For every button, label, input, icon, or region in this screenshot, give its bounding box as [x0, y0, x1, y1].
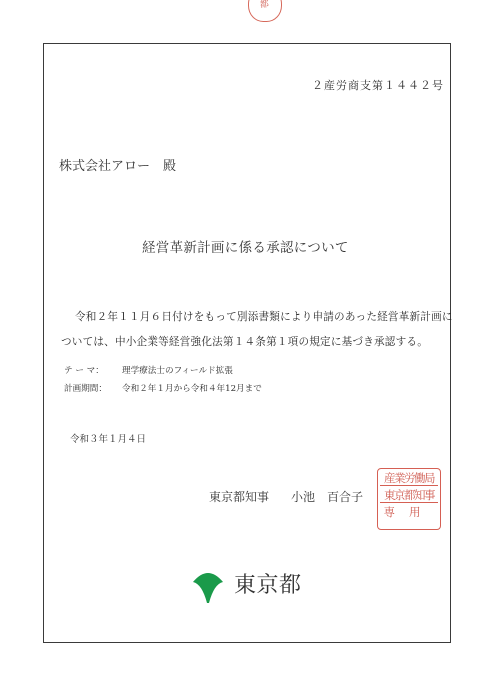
body-line-2: ついては、中小企業等経営強化法第１４条第１項の規定に基づき承認する。	[61, 334, 428, 349]
signer: 東京都知事小池 百合子	[209, 488, 363, 505]
period-row: 計画期間：令和２年１月から令和４年12月まで	[64, 382, 262, 394]
signer-title: 東京都知事	[209, 490, 269, 504]
seal-row-3: 専用	[380, 505, 438, 519]
seal-row-2: 東京都知事	[380, 488, 438, 503]
document-frame: ２産労商支第１４４２号 株式会社アロー 殿 経営革新計画に係る承認について 令和…	[43, 43, 451, 643]
document-number: ２産労商支第１４４２号	[312, 77, 444, 93]
logo-text: 東京都	[234, 568, 302, 599]
theme-value: 理学療法士のフィールド拡張	[122, 366, 233, 376]
period-value: 令和２年１月から令和４年12月まで	[122, 384, 262, 394]
ginkgo-leaf-icon	[192, 570, 224, 604]
period-label: 計画期間：	[64, 382, 122, 394]
addressee: 株式会社アロー 殿	[59, 155, 176, 174]
theme-label: テ ー マ：	[64, 364, 122, 376]
document-title: 経営革新計画に係る承認について	[142, 236, 349, 256]
top-seal-stamp: 都	[248, 0, 282, 22]
theme-row: テ ー マ：理学療法士のフィールド拡張	[64, 364, 233, 376]
issue-date: 令和３年１月４日	[70, 431, 146, 445]
body-line-1: 令和２年１１月６日付けをもって別添書類により申請のあった経営革新計画に	[75, 309, 453, 324]
official-seal-stamp: 産業労働局 東京都知事 専用	[377, 468, 441, 530]
signer-name: 小池 百合子	[291, 490, 363, 504]
seal-row-1: 産業労働局	[380, 471, 438, 486]
